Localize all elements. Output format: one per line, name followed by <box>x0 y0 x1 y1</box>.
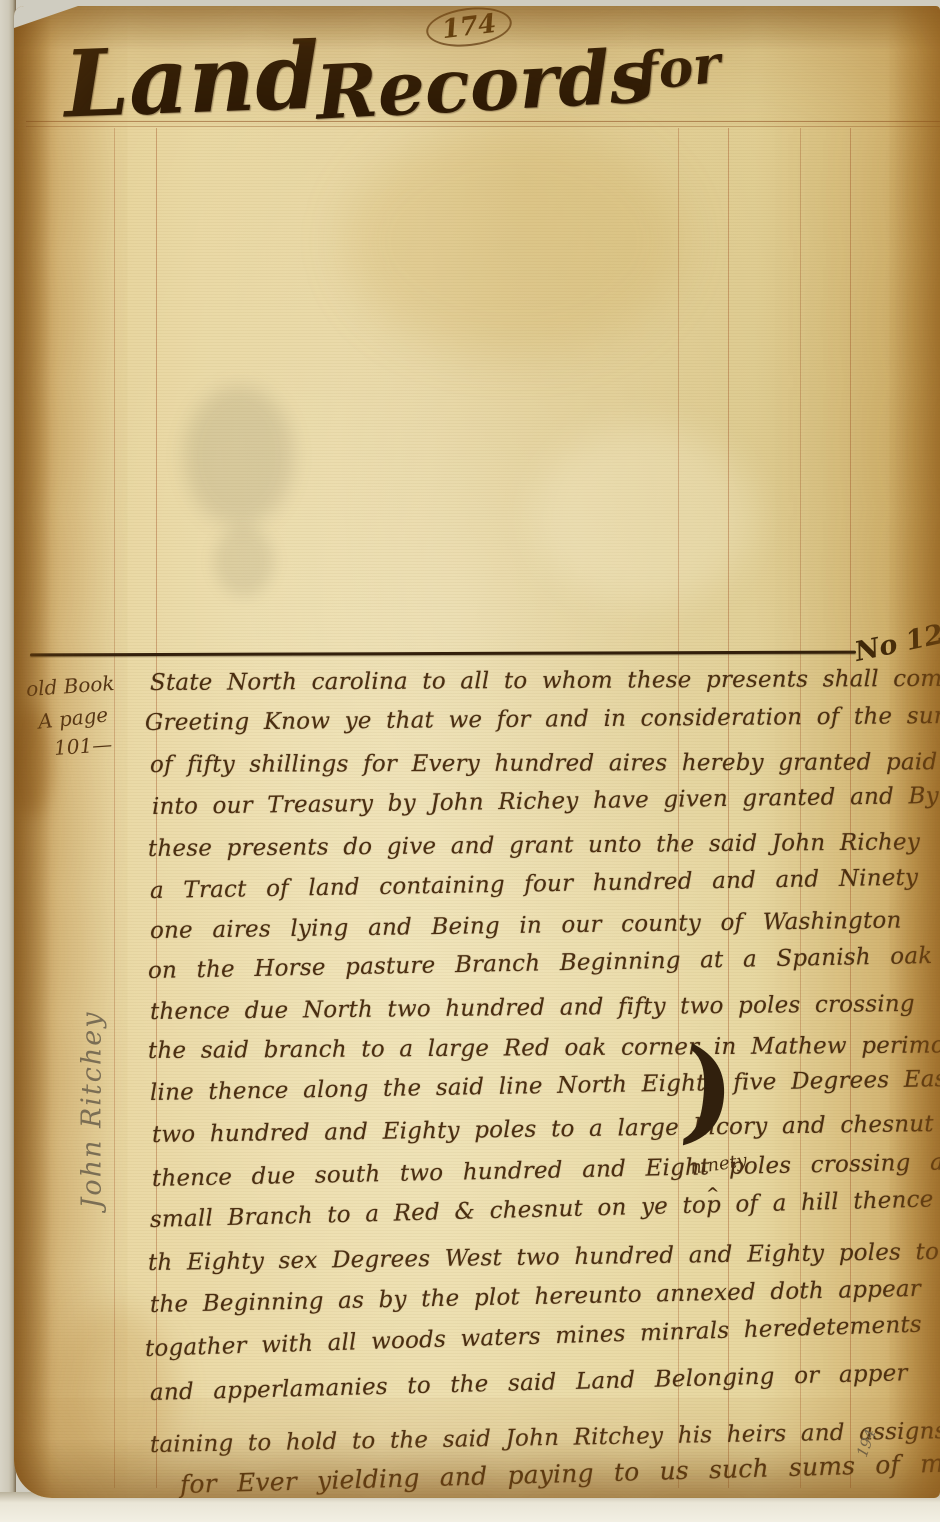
deed-text-line: on the Horse pasture Branch Beginning at… <box>148 943 933 984</box>
scanned-ledger-page: 174 Land Records for No 122 old Book A p… <box>0 0 940 1522</box>
deed-text-line: line thence along the said line North Ei… <box>150 1066 940 1106</box>
deed-text-line: Greeting Know ye that we for and in cons… <box>145 703 940 736</box>
margin-owner-name-vertical: John Ritchey <box>77 950 108 1270</box>
margin-note-page-number: 101— <box>53 732 113 760</box>
light-patch <box>534 426 754 606</box>
smudge-stain <box>184 386 294 526</box>
page-sheet: 174 Land Records for No 122 old Book A p… <box>14 6 940 1498</box>
margin-note-old-book: old Book <box>25 671 115 701</box>
ink-bracket-mark: ) <box>677 1034 740 1150</box>
deed-text-line: the said branch to a large Red oak corne… <box>148 1032 940 1064</box>
deed-text-line: thence due south two hundred and Eight p… <box>152 1149 940 1192</box>
page-title-word-land: Land <box>62 22 321 139</box>
page-title-word-for: for <box>633 34 723 103</box>
deed-text-line: and apperlamanies to the said Land Belon… <box>150 1360 908 1406</box>
deed-text-line: of fifty shillings for Every hundred air… <box>150 749 937 778</box>
deed-text-line: two hundred and Eighty poles to a large … <box>152 1111 934 1148</box>
record-number: No 122 <box>852 615 940 668</box>
ruled-column-line <box>114 128 115 1488</box>
deed-text-line: th Eighty sex Degrees West two hundred a… <box>148 1239 939 1276</box>
smudge-stain <box>214 526 274 596</box>
deed-text-line: State North carolina to all to whom thes… <box>150 666 940 696</box>
deed-text-line: into our Treasury by John Richey have gi… <box>152 783 939 820</box>
margin-note-page: A page <box>37 702 109 733</box>
age-stain <box>344 126 684 356</box>
deed-text-line: small Branch to a Red & chesnut on ye to… <box>150 1185 940 1233</box>
entry-divider-line <box>30 651 856 657</box>
page-title-word-records: Records <box>314 33 653 136</box>
deed-text-line: the Beginning as by the plot hereunto an… <box>150 1276 922 1318</box>
deed-text-line: these presents do give and grant unto th… <box>148 829 920 862</box>
caret-insertion-mark: ^ <box>706 1184 719 1203</box>
deed-text-line: a Tract of land containing four hundred … <box>150 865 919 904</box>
deed-text-line: one aires lying and Being in our county … <box>150 908 902 944</box>
page-corner-cut <box>14 6 78 28</box>
deed-text-line: togather with all woods waters mines min… <box>145 1312 923 1362</box>
